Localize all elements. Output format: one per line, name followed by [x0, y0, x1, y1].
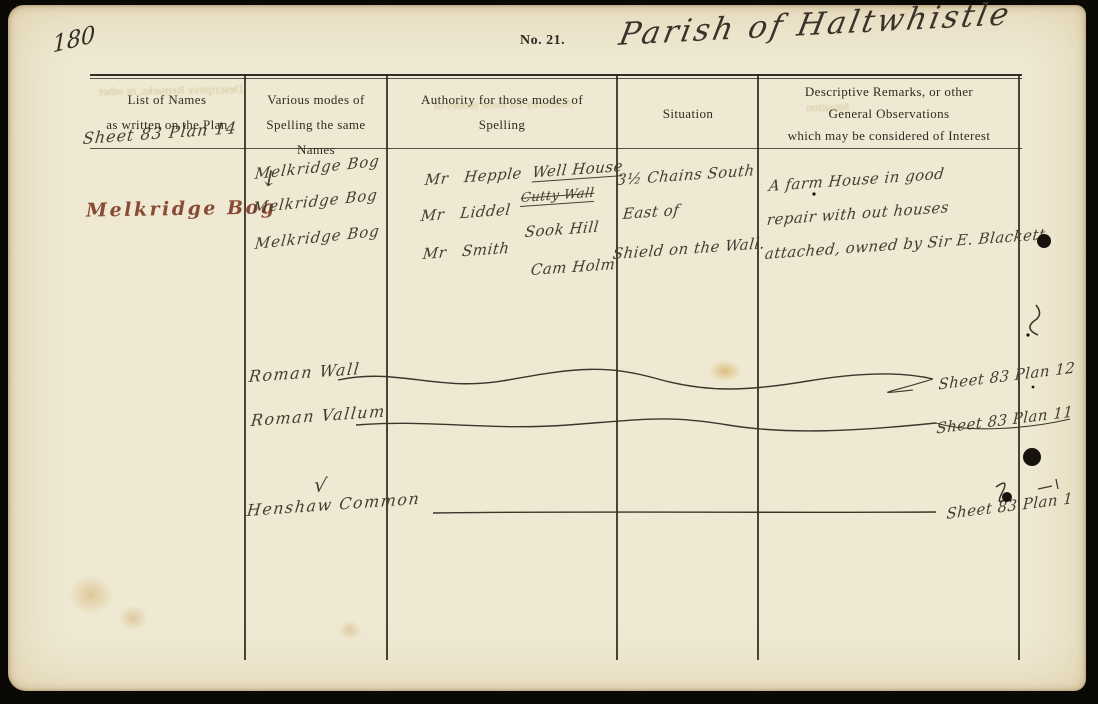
- ink-speck: [1026, 333, 1029, 336]
- henshaw-pen-line: [433, 512, 936, 513]
- ink-squiggle: [1030, 305, 1040, 335]
- ink-speck: [1032, 386, 1035, 389]
- roman-wall-pen-line: [338, 369, 933, 389]
- ink-blot: [1023, 448, 1041, 466]
- ink-squiggle: [1038, 479, 1058, 489]
- ink-speck: [812, 192, 815, 195]
- roman-vallum-pen-line: [356, 419, 936, 431]
- ink-blot: [1002, 492, 1012, 502]
- document-page: 180 No. 21. Parish of Haltwhistle Descri…: [8, 5, 1086, 691]
- pen-strokes-overlay: [8, 5, 1086, 691]
- roman-vallum-ref-underline: [936, 419, 1070, 429]
- ink-blot: [1037, 234, 1051, 248]
- roman-wall-ref-underline: [888, 379, 933, 392]
